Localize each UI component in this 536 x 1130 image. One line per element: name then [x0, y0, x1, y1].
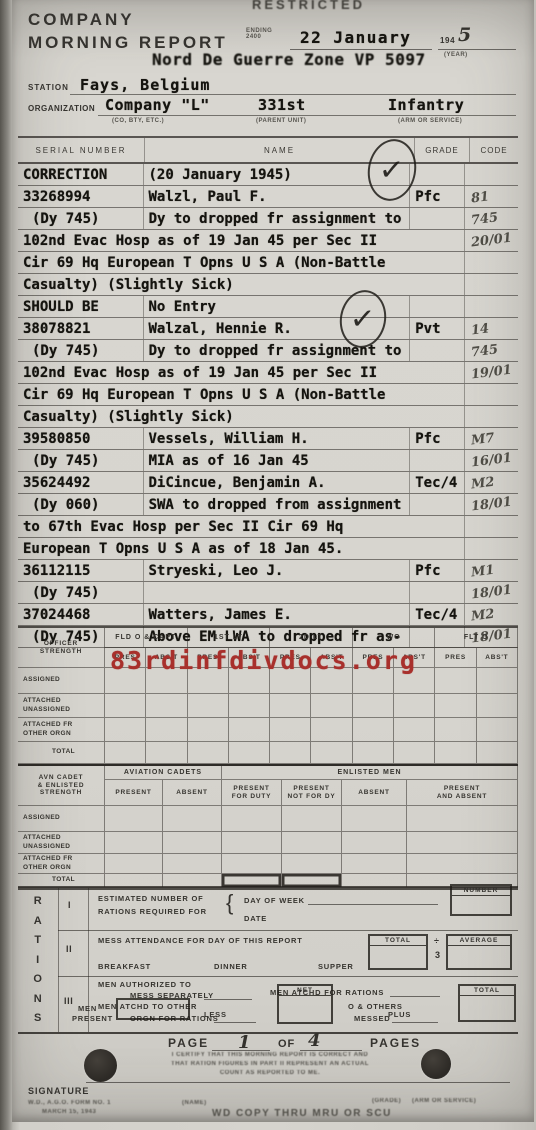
cadet-empty-cell: [407, 854, 518, 874]
certification-line1: I CERTIFY THAT THIS MORNING REPORT IS CO…: [140, 1052, 400, 1058]
officer-empty-cell: [477, 668, 518, 694]
ending-block: ENDING 2400: [246, 28, 272, 40]
form-date: MARCH 15, 1943: [42, 1109, 96, 1115]
officer-empty-cell: [188, 694, 229, 718]
roster-row: 37024468Watters, James E.Tec/4M2: [18, 604, 518, 626]
roster-continuation-text: to 67th Evac Hosp per Sec II Cir 69 Hq: [18, 516, 465, 537]
rations-divider-1: [58, 888, 59, 1032]
roster-name: SWA to dropped from assignment: [144, 494, 411, 515]
rations-vertical-letter: I: [26, 951, 50, 971]
roster-name: DiCincue, Benjamin A.: [144, 472, 411, 493]
checkmark-icon: ✓: [378, 152, 406, 189]
roster-code-handwritten: M2: [464, 604, 519, 625]
roster-serial: SHOULD BE: [18, 296, 144, 317]
officer-corner-label: OFFICER STRENGTH: [18, 628, 105, 668]
cadet-group-aviation: AVIATION CADETS: [105, 766, 222, 780]
cadet-enlisted-table: AVN CADET & ENLISTED STRENGTHAVIATION CA…: [18, 764, 518, 890]
rations-vertical-letter: R: [26, 892, 50, 912]
roster-grade: [410, 340, 464, 361]
roster-serial: 33268994: [18, 186, 144, 207]
roster-code-handwritten: 16/01: [464, 450, 519, 471]
cadet-empty-cell: [163, 832, 222, 854]
dinner-label: DINNER: [214, 962, 248, 971]
net-box: NET: [277, 984, 333, 1024]
roster-serial: 36112115: [18, 560, 144, 581]
grade-sublabel: (GRADE): [372, 1098, 401, 1104]
cadet-empty-cell: [163, 806, 222, 832]
roster-serial: (Dy 745): [18, 208, 144, 229]
cadet-row-label: ASSIGNED: [18, 806, 105, 832]
roster-serial: 37024468: [18, 604, 144, 625]
officer-empty-cell: [435, 718, 476, 742]
year-prefix: 194: [440, 36, 455, 45]
roster-code-handwritten: 19/01: [464, 362, 519, 383]
rations-est-line1: ESTIMATED NUMBER OF: [98, 894, 203, 903]
arm-value: Infantry: [388, 96, 464, 114]
rations-vertical-letter: A: [26, 912, 50, 932]
men-present-line1: MEN: [78, 1004, 97, 1013]
roster-serial: 38078821: [18, 318, 144, 339]
cadet-empty-cell: [105, 832, 163, 854]
page-label: PAGE: [168, 1036, 209, 1050]
cadet-column-header: PRESENT NOT FOR DY: [282, 780, 342, 806]
column-header-serial: SERIAL NUMBER: [18, 138, 145, 162]
officer-empty-cell: [435, 668, 476, 694]
restricted-stamp: RESTRICTED: [252, 0, 365, 12]
roster-name: Walzl, Paul F.: [144, 186, 411, 207]
supper-label: SUPPER: [318, 962, 354, 971]
rations-total-label: TOTAL: [460, 986, 514, 996]
officer-empty-cell: [105, 718, 146, 742]
roster-code-handwritten: [465, 171, 518, 178]
roster-grade: [410, 450, 464, 471]
roster-code-handwritten: 745: [464, 208, 519, 229]
men-authorized-line1: MEN AUTHORIZED TO: [98, 980, 192, 989]
cadet-row-label: ATTACHED FR OTHER ORGN: [18, 854, 105, 874]
officer-group-header: FLT O: [435, 628, 518, 648]
parent-unit-sublabel: (PARENT UNIT): [256, 118, 306, 124]
year-sublabel: (YEAR): [444, 52, 468, 58]
officer-empty-cell: [270, 742, 311, 764]
rations-vertical-label: RATIONS: [26, 892, 50, 1029]
mess-total-label: TOTAL: [370, 936, 426, 946]
cadet-column-header: ABSENT: [163, 780, 222, 806]
officer-empty-cell: [435, 742, 476, 764]
officer-empty-cell: [146, 742, 187, 764]
officer-row-label: ATTACHED FR OTHER ORGN: [18, 718, 105, 742]
officer-empty-cell: [229, 718, 270, 742]
punch-hole-right: [421, 1049, 451, 1079]
roster-header-row: SERIAL NUMBER NAME GRADE CODE: [18, 138, 518, 164]
roster-code-handwritten: 81: [464, 186, 519, 207]
officer-subheader: ABS'T: [477, 648, 518, 668]
roster-row: 35624492DiCincue, Benjamin A.Tec/4M2: [18, 472, 518, 494]
officer-empty-cell: [105, 742, 146, 764]
roster-continuation-text: 102nd Evac Hosp as of 19 Jan 45 per Sec …: [18, 230, 465, 251]
roster-serial: 35624492: [18, 472, 144, 493]
section-numeral-1: I: [68, 900, 71, 910]
men-atchd-rations-line: [390, 996, 440, 997]
day-of-week-label: DAY OF WEEK: [244, 896, 305, 905]
officer-empty-cell: [477, 742, 518, 764]
roster-continuation-text: Cir 69 Hq European T Opns U S A (Non-Bat…: [18, 252, 465, 273]
punch-hole-left: [84, 1049, 117, 1082]
roster-row: CORRECTION(20 January 1945): [18, 164, 518, 186]
officer-group-header: 1ST LT: [188, 628, 271, 648]
roster-serial: CORRECTION: [18, 164, 144, 185]
officer-empty-cell: [270, 694, 311, 718]
organization-value: Company "L": [105, 96, 210, 114]
roster-grade: Pfc: [410, 428, 464, 449]
cadet-corner-label: AVN CADET & ENLISTED STRENGTH: [18, 766, 105, 806]
officer-empty-cell: [229, 742, 270, 764]
mess-attendance-label: MESS ATTENDANCE FOR DAY OF THIS REPORT: [98, 936, 303, 945]
roster-row: to 67th Evac Hosp per Sec II Cir 69 Hq: [18, 516, 518, 538]
pages-label: PAGES: [370, 1036, 421, 1050]
rations-row-divider-2: [58, 976, 518, 977]
roster-code-handwritten: [465, 523, 518, 530]
roster-name: Stryeski, Leo J.: [144, 560, 411, 581]
roster-row: Casualty) (Slightly Sick): [18, 406, 518, 428]
roster-row: 39580850Vessels, William H.PfcM7: [18, 428, 518, 450]
officer-empty-cell: [394, 694, 435, 718]
roster-grade: [410, 208, 464, 229]
cadet-empty-cell: [282, 806, 342, 832]
officer-empty-cell: [394, 742, 435, 764]
roster-row: (Dy 060)SWA to dropped from assignment18…: [18, 494, 518, 516]
number-box-label: NUMBER: [452, 886, 510, 896]
officer-empty-cell: [311, 718, 352, 742]
day-of-week-line: [308, 904, 438, 905]
zone-stamp: Nord De Guerre Zone VP 5097: [152, 50, 426, 69]
officer-empty-cell: [270, 718, 311, 742]
mess-total-box: TOTAL: [368, 934, 428, 970]
section-numeral-2: II: [66, 944, 72, 954]
roster-row: 102nd Evac Hosp as of 19 Jan 45 per Sec …: [18, 362, 518, 384]
roster-name: Dy to dropped fr assignment to: [144, 208, 411, 229]
roster-row: Cir 69 Hq European T Opns U S A (Non-Bat…: [18, 384, 518, 406]
morning-report-scan: RESTRICTED COMPANY MORNING REPORT ENDING…: [0, 0, 536, 1130]
officer-row-label: TOTAL: [18, 742, 105, 764]
roster-code-handwritten: [465, 413, 518, 420]
rations-vertical-letter: S: [26, 1009, 50, 1029]
roster-code-handwritten: 745: [464, 340, 519, 361]
men-present-line2: PRESENT: [72, 1014, 113, 1023]
roster-continuation-text: European T Opns U S A as of 18 Jan 45.: [18, 538, 465, 559]
roster-code-handwritten: M1: [464, 560, 519, 581]
cadet-empty-cell: [282, 854, 342, 874]
officer-empty-cell: [105, 694, 146, 718]
ending-time: 2400: [246, 34, 272, 40]
arm-service-sublabel: (ARM OR SERVICE): [412, 1098, 476, 1104]
rations-vertical-letter: N: [26, 990, 50, 1010]
cadet-empty-cell: [222, 806, 282, 832]
rations-vertical-letter: T: [26, 931, 50, 951]
cadet-empty-cell: [163, 854, 222, 874]
roster-code-handwritten: 18/01: [464, 582, 519, 603]
officer-empty-cell: [188, 718, 229, 742]
roster-row: Cir 69 Hq European T Opns U S A (Non-Bat…: [18, 252, 518, 274]
divisor: 3: [435, 950, 441, 960]
copy-note: WD COPY THRU MRU OR SCU: [212, 1108, 392, 1119]
rations-total-box: TOTAL: [458, 984, 516, 1022]
organization-sublabel: (CO, BTY, ETC.): [112, 118, 164, 124]
rations-vertical-letter: O: [26, 970, 50, 990]
roster-body: CORRECTION(20 January 1945)33268994Walzl…: [18, 164, 518, 648]
cadet-empty-cell: [407, 832, 518, 854]
officer-empty-cell: [353, 718, 394, 742]
roster-code-handwritten: 14: [464, 318, 519, 339]
roster-continuation-text: 102nd Evac Hosp as of 19 Jan 45 per Sec …: [18, 362, 465, 383]
roster-name: Vessels, William H.: [144, 428, 411, 449]
men-present-box: [116, 998, 190, 1020]
cadet-empty-cell: [222, 854, 282, 874]
parent-unit-value: 331st: [258, 96, 306, 114]
roster-grade: Tec/4: [410, 604, 464, 625]
roster-row: SHOULD BENo Entry: [18, 296, 518, 318]
average-box: AVERAGE: [446, 934, 512, 970]
o-others-line2: MESSED: [354, 1014, 390, 1023]
roster-serial: (Dy 745): [18, 450, 144, 471]
roster-row: (Dy 745)Dy to dropped fr assignment to74…: [18, 340, 518, 362]
roster-name: MIA as of 16 Jan 45: [144, 450, 411, 471]
plus-label: PLUS: [388, 1010, 411, 1019]
roster-serial: (Dy 060): [18, 494, 144, 515]
officer-empty-cell: [353, 694, 394, 718]
roster-grade: Tec/4: [410, 472, 464, 493]
roster-code-handwritten: M2: [464, 472, 519, 493]
roster-code-handwritten: [465, 259, 518, 266]
roster-grade: [410, 296, 464, 317]
roster-grade: Pvt: [410, 318, 464, 339]
of-label: OF: [278, 1038, 295, 1050]
divide-symbol: ÷: [434, 936, 440, 946]
certification-line3: COUNT AS REPORTED TO ME.: [140, 1070, 400, 1076]
officer-empty-cell: [311, 742, 352, 764]
roster-table: SERIAL NUMBER NAME GRADE CODE CORRECTION…: [18, 136, 518, 648]
number-box: NUMBER: [450, 884, 512, 916]
roster-row: (Dy 745)Dy to dropped fr assignment to74…: [18, 208, 518, 230]
station-label: STATION: [28, 83, 69, 92]
cadet-empty-cell: [407, 806, 518, 832]
roster-grade: Pfc: [410, 560, 464, 581]
breakfast-label: BREAKFAST: [98, 962, 151, 971]
roster-code-handwritten: [465, 545, 518, 552]
officer-group-header: 2D LT: [270, 628, 353, 648]
brace-glyph: {: [226, 890, 234, 916]
roster-code-handwritten: [465, 303, 518, 310]
watermark: 83rdinfdivdocs.org: [110, 646, 417, 675]
roster-row: (Dy 745)18/01: [18, 582, 518, 604]
roster-row: (Dy 745)MIA as of 16 Jan 4516/01: [18, 450, 518, 472]
officer-row-label: ASSIGNED: [18, 668, 105, 694]
roster-row: 102nd Evac Hosp as of 19 Jan 45 per Sec …: [18, 230, 518, 252]
form-title-line1: COMPANY: [28, 10, 135, 30]
roster-grade: [410, 582, 464, 603]
messed-line: [392, 1022, 438, 1023]
less-label: LESS: [204, 1010, 227, 1019]
average-box-label: AVERAGE: [448, 936, 510, 946]
roster-code-handwritten: M7: [464, 428, 519, 449]
roster-code-handwritten: [465, 281, 518, 288]
roster-continuation-text: Casualty) (Slightly Sick): [18, 274, 465, 295]
officer-empty-cell: [311, 694, 352, 718]
roster-serial: 39580850: [18, 428, 144, 449]
cadet-column-header: ABSENT: [342, 780, 407, 806]
roster-grade: [410, 494, 464, 515]
roster-name: Watters, James E.: [144, 604, 411, 625]
page-total: 4: [308, 1030, 321, 1051]
roster-grade: Pfc: [410, 186, 464, 207]
cadet-empty-cell: [342, 832, 407, 854]
officer-empty-cell: [353, 742, 394, 764]
cadet-column-header: PRESENT AND ABSENT: [407, 780, 518, 806]
mess-separately-line: [204, 999, 252, 1000]
signature-label: SIGNATURE: [28, 1086, 89, 1096]
roster-row: 38078821Walzal, Hennie R.Pvt14: [18, 318, 518, 340]
officer-empty-cell: [146, 718, 187, 742]
report-date: 22 January: [300, 28, 411, 47]
roster-row: 36112115Stryeski, Leo J.PfcM1: [18, 560, 518, 582]
roster-grade: [410, 164, 464, 185]
roster-continuation-text: Cir 69 Hq European T Opns U S A (Non-Bat…: [18, 384, 465, 405]
roster-row: 33268994Walzl, Paul F.Pfc81: [18, 186, 518, 208]
roster-name: [144, 582, 411, 603]
officer-group-header: FLD O & CAPT: [105, 628, 188, 648]
roster-row: European T Opns U S A as of 18 Jan 45.: [18, 538, 518, 560]
name-sublabel: (NAME): [182, 1100, 207, 1106]
signature-line: [86, 1082, 510, 1083]
cadet-empty-cell: [105, 806, 163, 832]
form-number: W.D., A.G.O. FORM NO. 1: [28, 1100, 111, 1106]
net-box-label: NET: [279, 986, 331, 996]
officer-empty-cell: [435, 694, 476, 718]
cadet-group-enlisted: ENLISTED MEN: [222, 766, 518, 780]
date-label: DATE: [244, 914, 267, 923]
roster-code-handwritten: 18/01: [464, 494, 519, 515]
column-header-grade: GRADE: [415, 138, 470, 162]
cadet-empty-cell: [342, 854, 407, 874]
officer-group-header: WO: [353, 628, 436, 648]
officer-empty-cell: [146, 694, 187, 718]
officer-empty-cell: [229, 694, 270, 718]
officer-empty-cell: [477, 694, 518, 718]
cadet-row-label: ATTACHED UNASSIGNED: [18, 832, 105, 854]
orgn-for-rations-line: [214, 1022, 256, 1023]
certification-line2: THAT RATION FIGURES IN PART II REPRESENT…: [140, 1061, 400, 1067]
checkmark-icon: ✓: [349, 301, 377, 338]
officer-row-label: ATTACHED UNASSIGNED: [18, 694, 105, 718]
cadet-empty-cell: [105, 854, 163, 874]
rations-row-divider-1: [58, 930, 518, 931]
officer-empty-cell: [477, 718, 518, 742]
cadet-empty-cell: [222, 832, 282, 854]
officer-empty-cell: [188, 742, 229, 764]
roster-code-handwritten: 20/01: [464, 230, 519, 251]
page-number: 1: [238, 1032, 251, 1053]
cadet-empty-cell: [342, 806, 407, 832]
roster-continuation-text: Casualty) (Slightly Sick): [18, 406, 465, 427]
rations-est-line2: RATIONS REQUIRED FOR: [98, 907, 207, 916]
cadet-column-header: PRESENT FOR DUTY: [222, 780, 282, 806]
officer-empty-cell: [394, 718, 435, 742]
roster-row: Casualty) (Slightly Sick): [18, 274, 518, 296]
cadet-column-header: PRESENT: [105, 780, 163, 806]
column-header-code: CODE: [470, 146, 518, 155]
arm-sublabel: (ARM OR SERVICE): [398, 118, 462, 124]
year-handwritten: 5: [458, 24, 471, 46]
roster-serial: (Dy 745): [18, 340, 144, 361]
cadet-empty-cell: [282, 832, 342, 854]
organization-label: ORGANIZATION: [28, 104, 95, 113]
roster-code-handwritten: [465, 391, 518, 398]
officer-subheader: PRES: [435, 648, 476, 668]
roster-serial: (Dy 745): [18, 582, 144, 603]
section-numeral-3: III: [64, 996, 73, 1006]
